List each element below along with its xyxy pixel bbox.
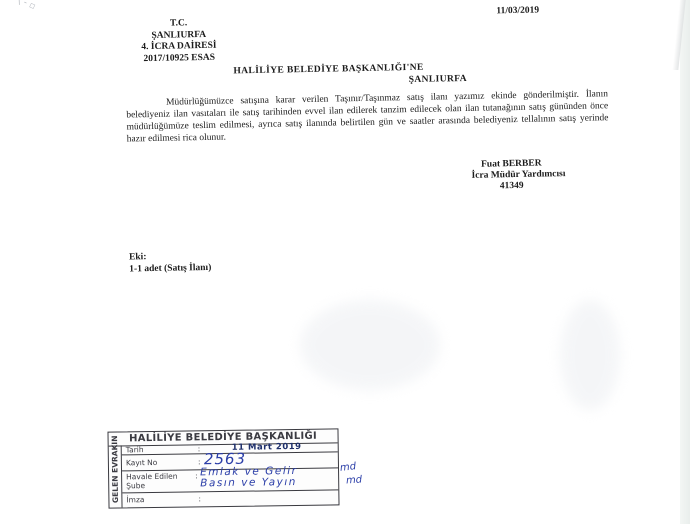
handwritten-department: Basın ve Yayın [200,476,297,489]
scanned-page: ╲ - ▫ T.C. ŞANLIURFA 4. İCRA DAİRESİ 201… [0,0,690,524]
body-paragraph: Müdürlüğümüzce satışına karar verilen Ta… [126,88,609,145]
stamp-label: Kayıt No [126,458,158,467]
body-text: Müdürlüğümüzce satışına karar verilen Ta… [126,89,608,144]
stamp-label: İmza [126,495,144,504]
stamp-row-signature: İmza : [122,489,338,507]
stamp-side-label: GELEN EVRAKIN [109,445,123,507]
handwritten-note: md [339,461,356,474]
header-line: 2017/10925 ESAS [119,52,239,66]
stamp-label: Havale Edilen Şube [126,472,178,491]
handwritten-note: md [346,474,363,486]
signature-block: Fuat BERBER İcra Müdür Yardımcısı 41349 [471,158,552,193]
signer-title: İcra Müdür Yardımcısı [471,169,551,182]
document-date: 11/03/2019 [496,6,539,17]
attachments: Eki: 1-1 adet (Satış İlanı) [129,250,212,276]
letter-body: T.C. ŞANLIURFA 4. İCRA DAİRESİ 2017/1092… [0,0,690,422]
stamp-label: Tarih [126,445,144,454]
incoming-document-stamp: HALİLİYE BELEDİYE BAŞKANLIĞI GELEN EVRAK… [107,428,339,508]
recipient: HALİLİYE BELEDİYE BAŞKANLIĞI'NE ŞANLIURF… [233,61,467,89]
attachment-item: 1-1 adet (Satış İlanı) [129,262,211,276]
signer-number: 41349 [472,180,552,193]
issuer-header: T.C. ŞANLIURFA 4. İCRA DAİRESİ 2017/1092… [118,17,239,65]
